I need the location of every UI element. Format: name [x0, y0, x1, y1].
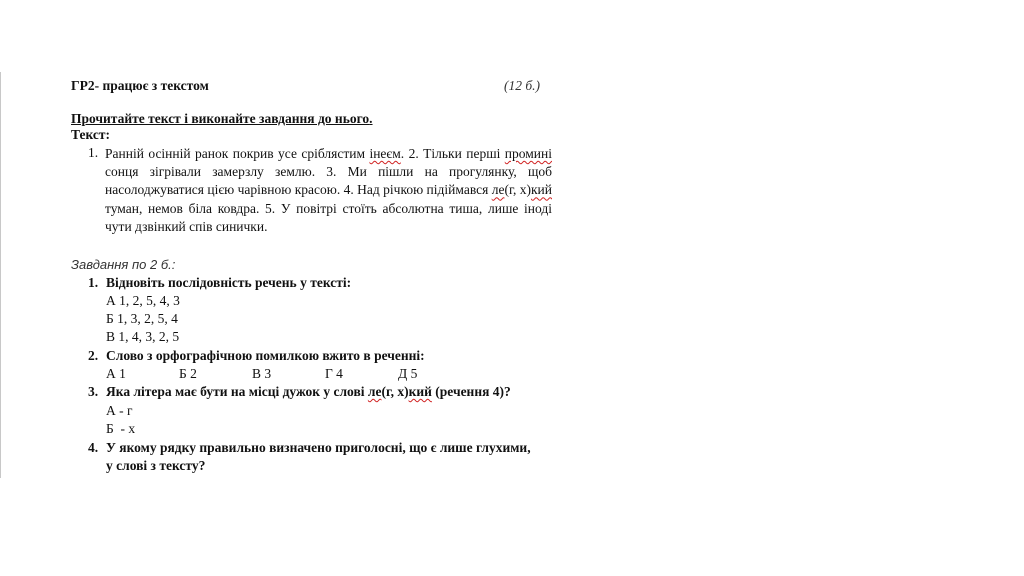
text-label: Текст:: [71, 127, 110, 143]
question-3: 3.Яка літера має бути на місці дужок у с…: [88, 384, 511, 400]
question-text: У якому рядку правильно визначено пригол…: [106, 440, 531, 455]
q1-option-b: Б 1, 3, 2, 5, 4: [106, 311, 178, 327]
spellcheck-word: ле: [368, 384, 382, 399]
q3-option-b: Б - х: [106, 421, 135, 437]
passage-segment: (г, х): [504, 182, 531, 197]
q2-option-b: Б 2: [179, 366, 252, 382]
instruction-heading: Прочитайте текст і виконайте завдання до…: [71, 111, 373, 127]
question-text: (речення 4)?: [432, 384, 511, 399]
question-text: Відновіть послідовність речень у тексті:: [106, 275, 351, 290]
q1-option-c: В 1, 4, 3, 2, 5: [106, 329, 179, 345]
q2-option-e: Д 5: [398, 366, 471, 382]
spellcheck-word: кий: [409, 384, 432, 399]
spellcheck-word: промині: [505, 146, 552, 161]
question-number: 1.: [88, 275, 106, 291]
question-text: Яка літера має бути на місці дужок у сло…: [106, 384, 368, 399]
q2-options: А 1 Б 2 В 3 Г 4 Д 5: [106, 366, 471, 382]
passage-segment: Ранній осінній ранок покрив усе срібляст…: [105, 146, 369, 161]
passage-text: Ранній осінній ранок покрив усе срібляст…: [105, 145, 552, 236]
passage-segment: . 2. Тільки перші: [401, 146, 505, 161]
question-number: 3.: [88, 384, 106, 400]
q2-option-c: В 3: [252, 366, 325, 382]
spellcheck-word: ле: [492, 182, 505, 197]
q3-option-a: А - г: [106, 403, 133, 419]
instruction-period: .: [369, 111, 372, 126]
passage-segment: туман, немов біла ковдра. 5. У повітрі с…: [105, 201, 552, 234]
instruction-text: Прочитайте текст і виконайте завдання до…: [71, 111, 369, 126]
question-4-line-2: у слові з тексту?: [106, 458, 205, 474]
page-edge-divider: [0, 72, 1, 478]
passage-number: 1.: [88, 145, 98, 161]
spellcheck-word: інеєм: [369, 146, 400, 161]
q2-option-d: Г 4: [325, 366, 398, 382]
question-number: 4.: [88, 440, 106, 456]
tasks-heading: Завдання по 2 б.:: [71, 257, 175, 272]
section-title: ГР2- працює з текстом: [71, 78, 209, 94]
q2-option-a: А 1: [106, 366, 179, 382]
points-label: (12 б.): [504, 78, 540, 94]
question-4: 4.У якому рядку правильно визначено приг…: [88, 440, 531, 456]
passage-segment: сонця зігрівали замерзлу землю. 3. Ми пі…: [105, 164, 552, 197]
q1-option-a: А 1, 2, 5, 4, 3: [106, 293, 180, 309]
spellcheck-word: кий: [531, 182, 552, 197]
question-text: Слово з орфографічною помилкою вжито в р…: [106, 348, 425, 363]
question-number: 2.: [88, 348, 106, 364]
question-2: 2.Слово з орфографічною помилкою вжито в…: [88, 348, 425, 364]
question-1: 1.Відновіть послідовність речень у текст…: [88, 275, 351, 291]
question-text: (г, х): [381, 384, 408, 399]
